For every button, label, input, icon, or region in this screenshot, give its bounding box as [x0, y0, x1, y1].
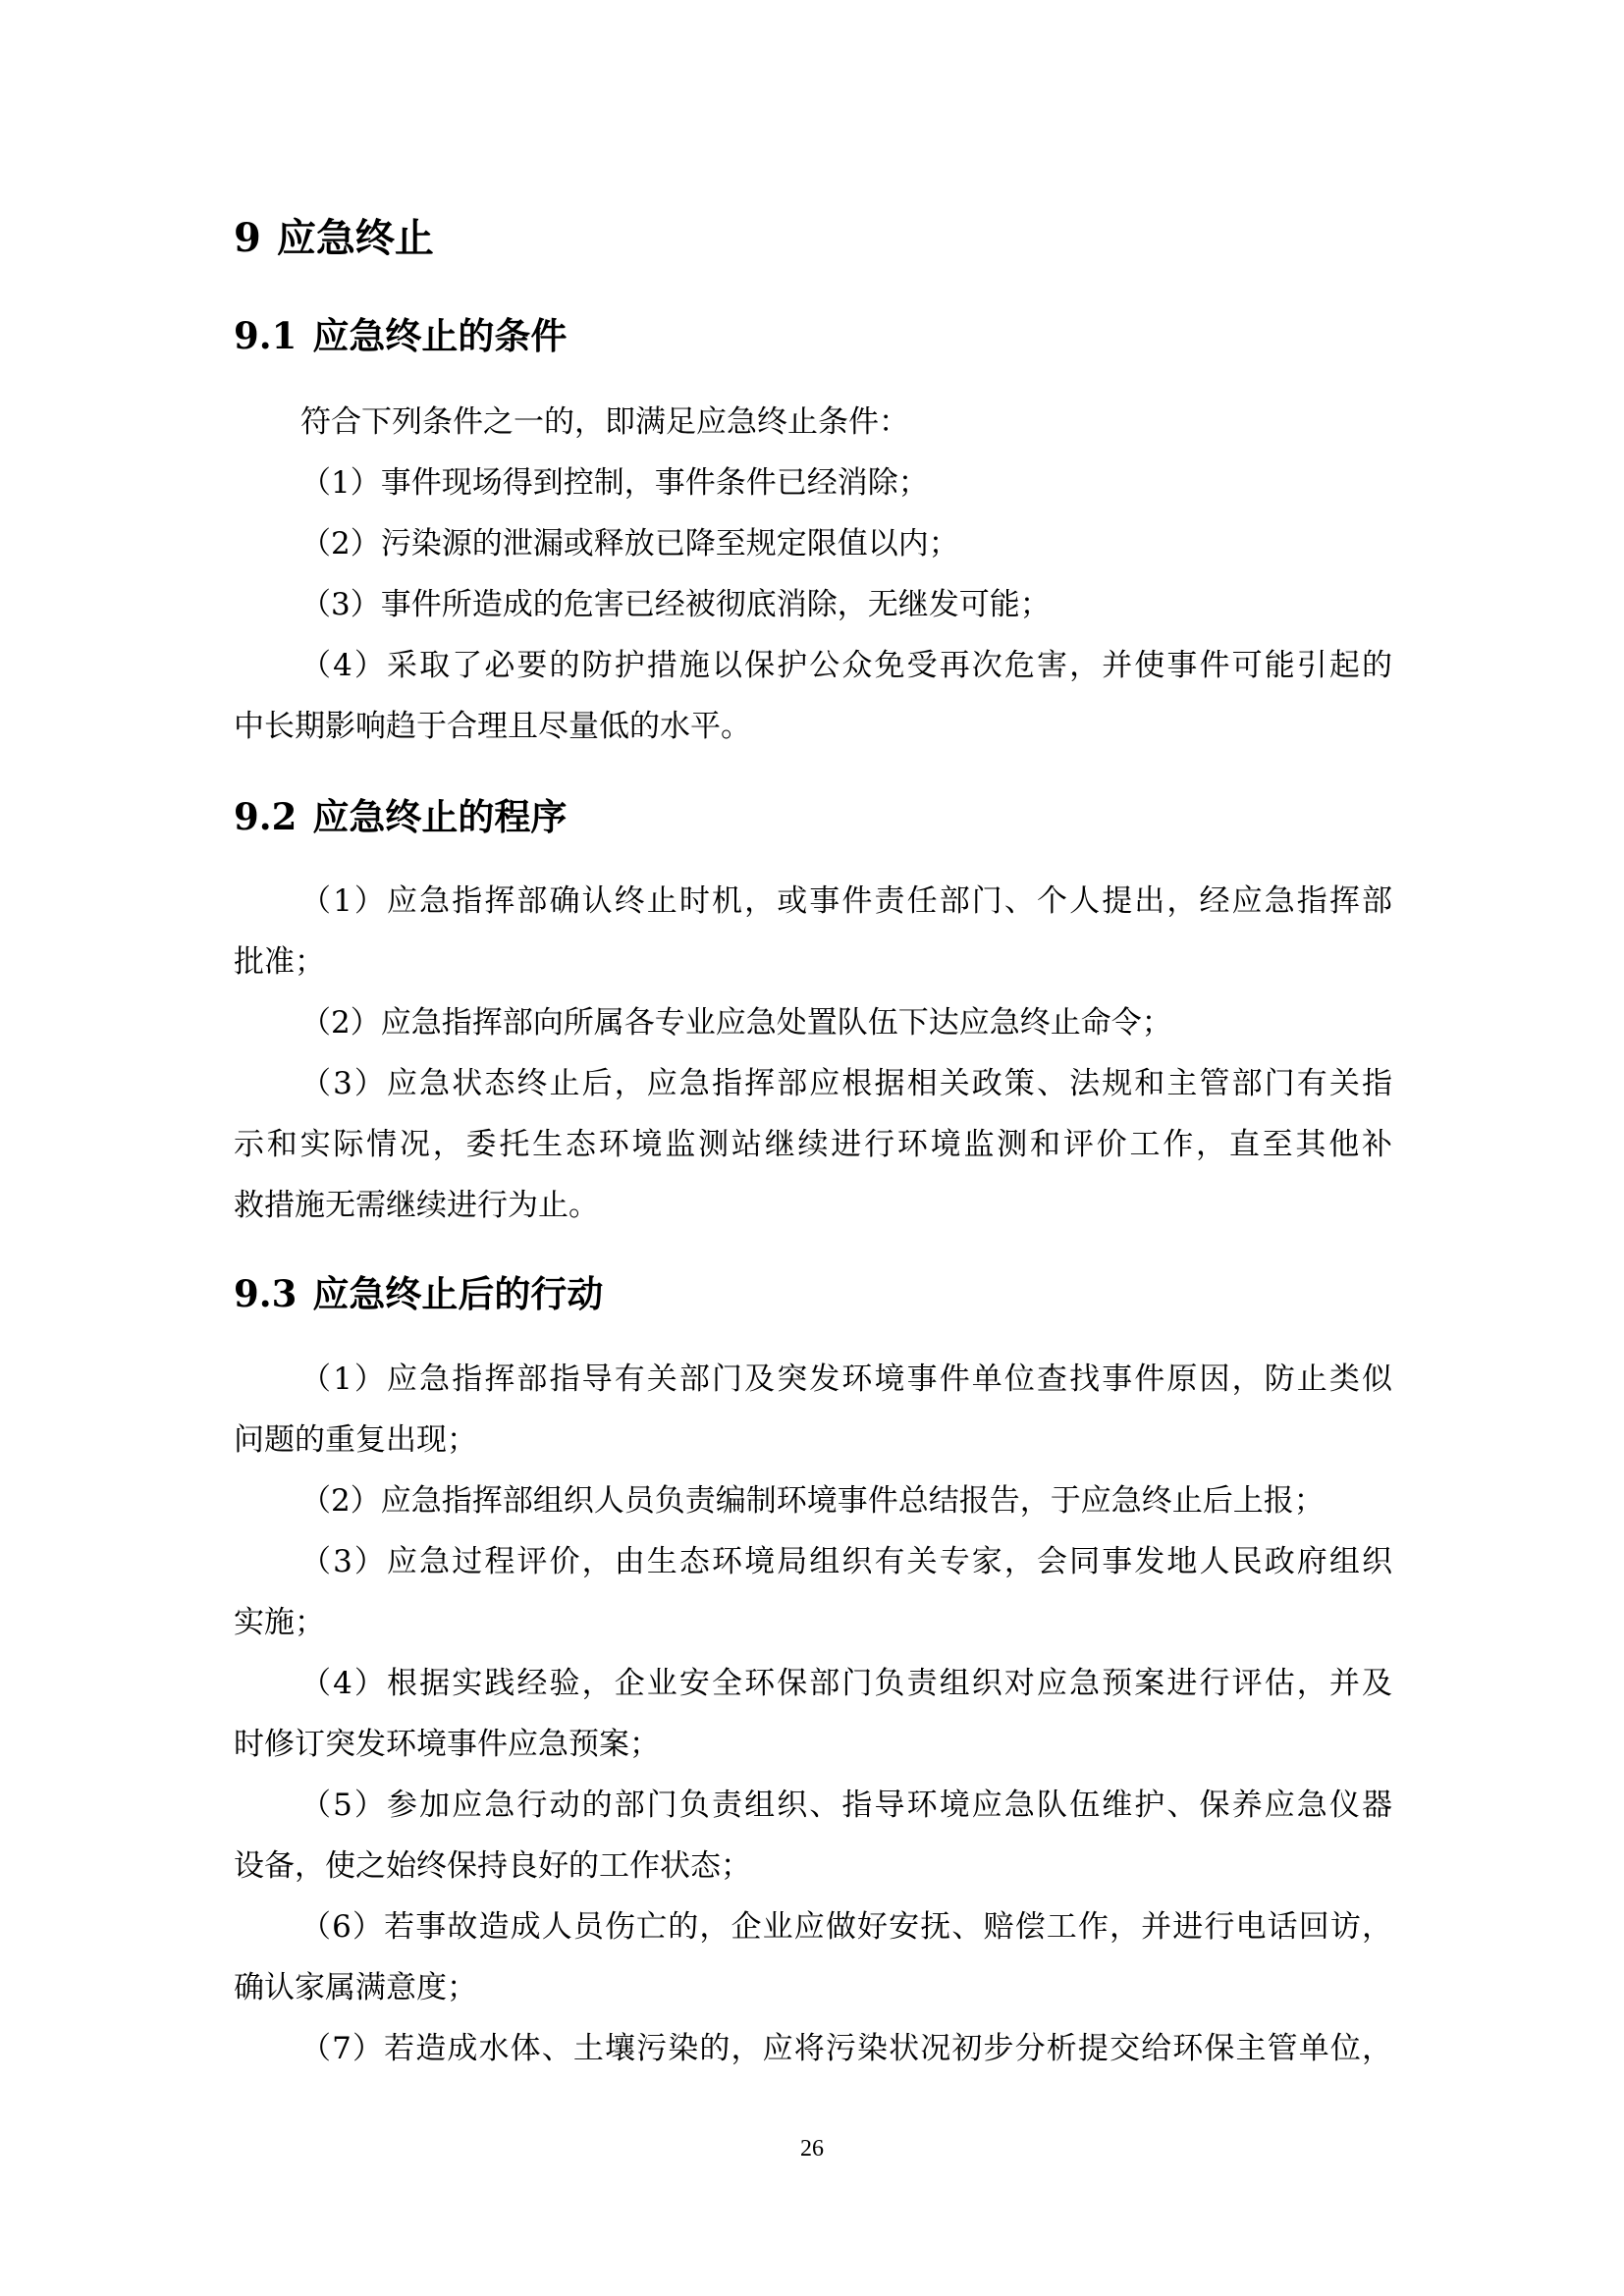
section-number: 9.1 [234, 314, 297, 357]
list-item: （4）采取了必要的防护措施以保护公众免受再次危害，并使事件可能引起的 [300, 646, 1392, 685]
section-heading-9-1: 9.1应急终止的条件 [234, 312, 567, 359]
list-item: （1）应急指挥部指导有关部门及突发环境事件单位查找事件原因，防止类似 [300, 1360, 1392, 1399]
chapter-title: 应急终止 [277, 215, 434, 261]
section-title: 应急终止的程序 [312, 795, 567, 838]
list-item: （7）若造成水体、土壤污染的，应将污染状况初步分析提交给环保主管单位， [300, 2029, 1392, 2068]
document-page: 9应急终止 9.1应急终止的条件 符合下列条件之一的，即满足应急终止条件： （1… [0, 0, 1624, 2296]
list-item-continuation: 中长期影响趋于合理且尽量低的水平。 [234, 707, 1392, 746]
list-item-continuation: 示和实际情况，委托生态环境监测站继续进行环境监测和评价工作，直至其他补 [234, 1125, 1392, 1164]
list-item: （3）事件所造成的危害已经被彻底消除，无继发可能； [300, 585, 1392, 624]
paragraph-line: 符合下列条件之一的，即满足应急终止条件： [300, 402, 1392, 442]
page-number: 26 [0, 2134, 1624, 2163]
list-item-continuation: 确认家属满意度； [234, 1968, 1392, 2007]
list-item-continuation: 实施； [234, 1603, 1392, 1642]
list-item: （4）根据实践经验，企业安全环保部门负责组织对应急预案进行评估，并及 [300, 1664, 1392, 1703]
list-item-continuation: 问题的重复出现； [234, 1420, 1392, 1460]
section-heading-9-3: 9.3应急终止后的行动 [234, 1270, 603, 1317]
list-item: （2）应急指挥部向所属各专业应急处置队伍下达应急终止命令； [300, 1003, 1392, 1042]
list-item-continuation: 救措施无需继续进行为止。 [234, 1186, 1392, 1225]
section-title: 应急终止的条件 [312, 314, 567, 357]
list-item: （3）应急过程评价，由生态环境局组织有关专家，会同事发地人民政府组织 [300, 1542, 1392, 1581]
list-item: （5）参加应急行动的部门负责组织、指导环境应急队伍维护、保养应急仪器 [300, 1786, 1392, 1825]
list-item-continuation: 设备，使之始终保持良好的工作状态； [234, 1846, 1392, 1886]
chapter-number: 9 [234, 215, 261, 261]
list-item: （6）若事故造成人员伤亡的，企业应做好安抚、赔偿工作，并进行电话回访， [300, 1907, 1392, 1947]
list-item: （2）应急指挥部组织人员负责编制环境事件总结报告，于应急终止后上报； [300, 1481, 1392, 1521]
list-item: （2）污染源的泄漏或释放已降至规定限值以内； [300, 524, 1392, 563]
list-item-continuation: 批准； [234, 942, 1392, 982]
chapter-heading: 9应急终止 [234, 214, 434, 263]
section-title: 应急终止后的行动 [312, 1272, 603, 1315]
list-item: （1）事件现场得到控制，事件条件已经消除； [300, 463, 1392, 503]
section-heading-9-2: 9.2应急终止的程序 [234, 793, 567, 840]
section-number: 9.2 [234, 795, 297, 838]
list-item: （1）应急指挥部确认终止时机，或事件责任部门、个人提出，经应急指挥部 [300, 881, 1392, 921]
list-item-continuation: 时修订突发环境事件应急预案； [234, 1725, 1392, 1764]
list-item: （3）应急状态终止后，应急指挥部应根据相关政策、法规和主管部门有关指 [300, 1064, 1392, 1103]
section-number: 9.3 [234, 1272, 297, 1315]
